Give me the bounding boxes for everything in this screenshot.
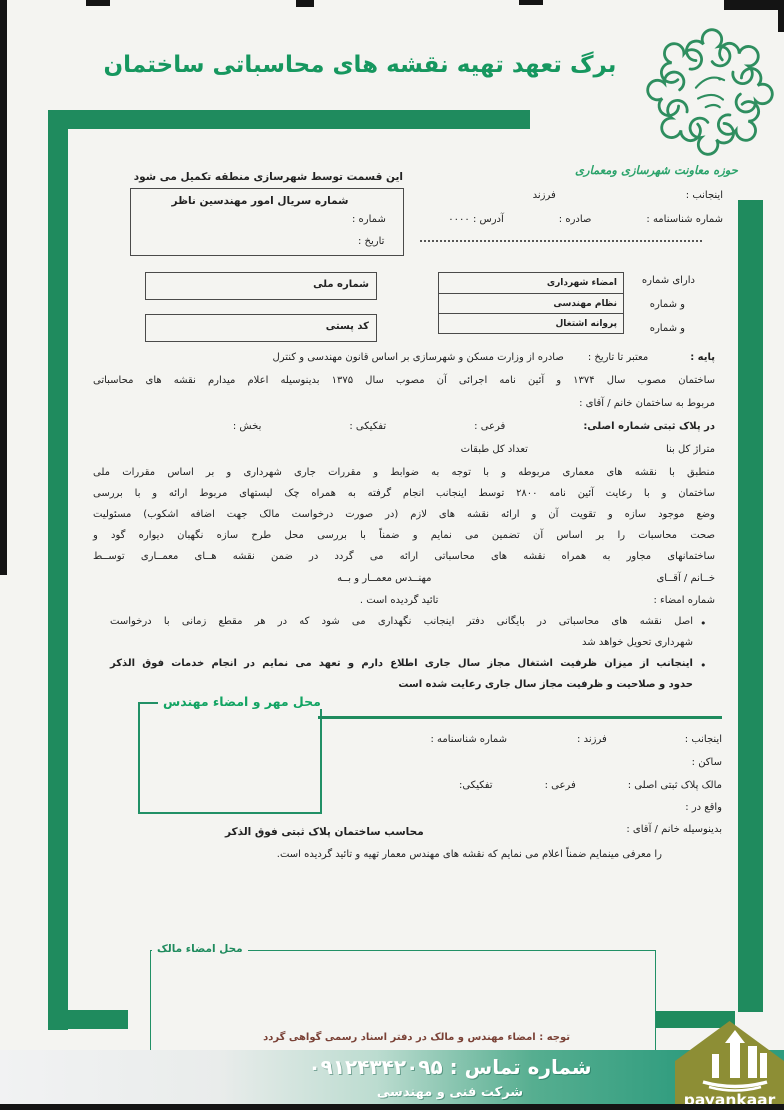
postal-code-label: کد پستی: [326, 321, 369, 333]
applicant-row-2: شماره شناسنامه : صادره : آدرس : ۰۰۰۰: [412, 214, 723, 225]
plate-row: در پلاک ثبتی شماره اصلی: فرعی : تفکیکی :…: [93, 421, 715, 432]
floors-label: تعداد کل طبقات: [461, 444, 528, 455]
and-number-label-2: و شماره: [625, 323, 685, 335]
frame-right-bar: [738, 200, 763, 1012]
signature-confirm-text: تائید گردیده است .: [360, 595, 439, 606]
para2-line3: وضع موجود سازه و تقویت آن و ارائه نقشه ه…: [93, 509, 715, 521]
notary-note: توجه : امضاء مهندس و مالک در دفتر اسناد …: [270, 1032, 570, 1044]
para1-line3: مربوط به ساختمان خانم / آقای :: [93, 398, 715, 410]
scan-mark: [778, 10, 784, 32]
applicant-issued-label: صادره :: [559, 214, 592, 225]
frame-left-bar: [48, 110, 68, 1030]
issued-from-text: صادره از وزارت مسکن و شهرسازی بر اساس قا…: [272, 352, 563, 363]
owner-sub-label: فرعی :: [545, 780, 576, 791]
para2-line2: ساختمان و با رعایت آئین نامه ۲۸۰۰ توسط ا…: [93, 488, 715, 500]
owner-row-3: مالک پلاک ثبتی اصلی : فرعی : تفکیکی:: [410, 780, 722, 791]
frame-top-bar: [48, 110, 530, 129]
applicant-address-label: آدرس : ۰۰۰۰: [448, 214, 503, 225]
scan-mark: [296, 0, 314, 7]
scan-edge-left: [0, 0, 7, 575]
bullet-dot: •: [700, 659, 707, 672]
applicant-row-1: اینجانب : فرزند: [405, 190, 723, 201]
scanned-document: برگ تعهد تهیه نقشه های محاسباتی ساختمان …: [0, 0, 784, 1110]
frame-left-bottom-stub: [48, 1010, 128, 1029]
applicant-self-label: اینجانب :: [686, 190, 723, 201]
table-row: پروانه اشتغال: [439, 313, 623, 333]
plate-sep-label: تفکیکی :: [349, 421, 386, 432]
scan-edge-bottom: [0, 1104, 784, 1110]
footer-company: شرکت فنی و مهندسی: [300, 1085, 600, 1101]
engineer-name-prefix: خــانم / آقــای: [656, 573, 715, 584]
department-label: حوزه معاونت شهرسازی ومعماری: [575, 164, 773, 178]
signature-number-label: شماره امضاء :: [653, 595, 715, 606]
serial-title: شماره سریال امور مهندسین ناظر: [150, 195, 370, 208]
plate-sub-label: فرعی :: [474, 421, 505, 432]
bullet1-line1: اصل نقشه های محاسباتی در بایگانی دفتر ای…: [110, 616, 693, 628]
date-field-label: تاریخ :: [358, 236, 384, 248]
stamp-numbers-table: امضاء شهرداری نظام مهندسی پروانه اشتغال: [438, 272, 624, 334]
area-label: متراژ کل بنا: [666, 444, 715, 455]
scan-mark: [519, 0, 543, 5]
para2-line1: منطبق با نقشه های معماری مربوطه و با توج…: [93, 467, 715, 479]
postal-code-box: کد پستی: [145, 314, 377, 342]
national-id-label: شماره ملی: [313, 279, 369, 291]
grade-label: پایه :: [690, 352, 715, 363]
national-id-box: شماره ملی: [145, 272, 377, 300]
engineer-seal-box-label: محل مهر و امضاء مهندس: [158, 694, 326, 709]
para2-line5: ساختمانهای مجاور به همراه نقشه های محاسب…: [93, 551, 715, 563]
number-field-label: شماره :: [352, 214, 386, 226]
scan-mark: [724, 0, 784, 10]
bullet-dot: •: [700, 617, 707, 630]
area-row: متراژ کل بنا تعداد کل طبقات: [93, 444, 715, 455]
engineer-name-row: خــانم / آقــای مهنــدس معمــار و بــه: [93, 573, 715, 584]
plate-district-label: بخش :: [233, 421, 262, 432]
and-number-label-1: و شماره: [625, 299, 685, 311]
para2-line4: صحت محاسبات را بر اساس آن تضمین می نمایم…: [93, 530, 715, 542]
tehran-municipality-logo: [645, 22, 775, 162]
owner-resident-label: ساکن :: [410, 757, 722, 769]
address-dotted-line: [420, 240, 702, 242]
registration-caption: این قسمت توسط شهرسازی منطقه تکمیل می شود: [135, 171, 403, 184]
owner-plate-label: مالک پلاک ثبتی اصلی :: [628, 780, 722, 791]
bullet1-line2: شهرداری تحویل خواهد شد: [110, 637, 693, 649]
bullet2-line2: حدود و صلاحیت و ظرفیت مجاز سال جاری رعای…: [110, 679, 693, 691]
calculator-designation: محاسب ساختمان پلاک ثبتی فوق الذکر: [225, 826, 424, 839]
engineer-seal-box: [138, 702, 322, 814]
owner-located-label: واقع در :: [410, 802, 722, 814]
signature-number-row: شماره امضاء : تائید گردیده است .: [93, 595, 715, 606]
owner-id-label: شماره شناسنامه :: [430, 734, 507, 745]
valid-until-label: معتبر تا تاریخ :: [588, 352, 648, 363]
table-row: امضاء شهرداری: [439, 273, 623, 293]
section-divider-line: [318, 716, 722, 719]
bullet2-line1: اینجانب از میزان ظرفیت اشتغال مجاز سال ج…: [110, 658, 693, 670]
payankaar-logo: payankaar: [670, 1018, 784, 1110]
owner-intro-line: را معرفی مینمایم ضمناً اعلام می نمایم که…: [230, 849, 662, 861]
table-row: نظام مهندسی: [439, 293, 623, 313]
plate-label: در پلاک ثبتی شماره اصلی:: [583, 421, 715, 432]
grade-row: پایه : معتبر تا تاریخ : صادره از وزارت م…: [93, 352, 715, 363]
scan-mark: [86, 0, 110, 6]
applicant-child-label: فرزند: [533, 190, 556, 201]
para1-line2: ساختمان مصوب سال ۱۳۷۴ و آئین نامه اجرائی…: [93, 375, 715, 387]
having-number-label: دارای شماره: [625, 275, 695, 287]
owner-self-label: اینجانب :: [685, 734, 722, 745]
page-title: برگ تعهد تهیه نقشه های محاسباتی ساختمان: [95, 52, 625, 80]
owner-child-label: فرزند :: [577, 734, 607, 745]
footer-phone: شماره تماس : ۰۹۱۲۴۳۴۲۰۹۵: [250, 1055, 650, 1079]
owner-signature-box-label: محل امضاء مالک: [152, 943, 248, 955]
owner-sep-label: تفکیکی:: [459, 780, 493, 791]
owner-hereby-label: بدینوسیله خانم / آقای :: [500, 824, 722, 836]
owner-row-1: اینجانب : فرزند : شماره شناسنامه :: [410, 734, 722, 745]
engineer-name-suffix: مهنــدس معمــار و بــه: [337, 573, 431, 584]
applicant-id-label: شماره شناسنامه :: [646, 214, 723, 225]
